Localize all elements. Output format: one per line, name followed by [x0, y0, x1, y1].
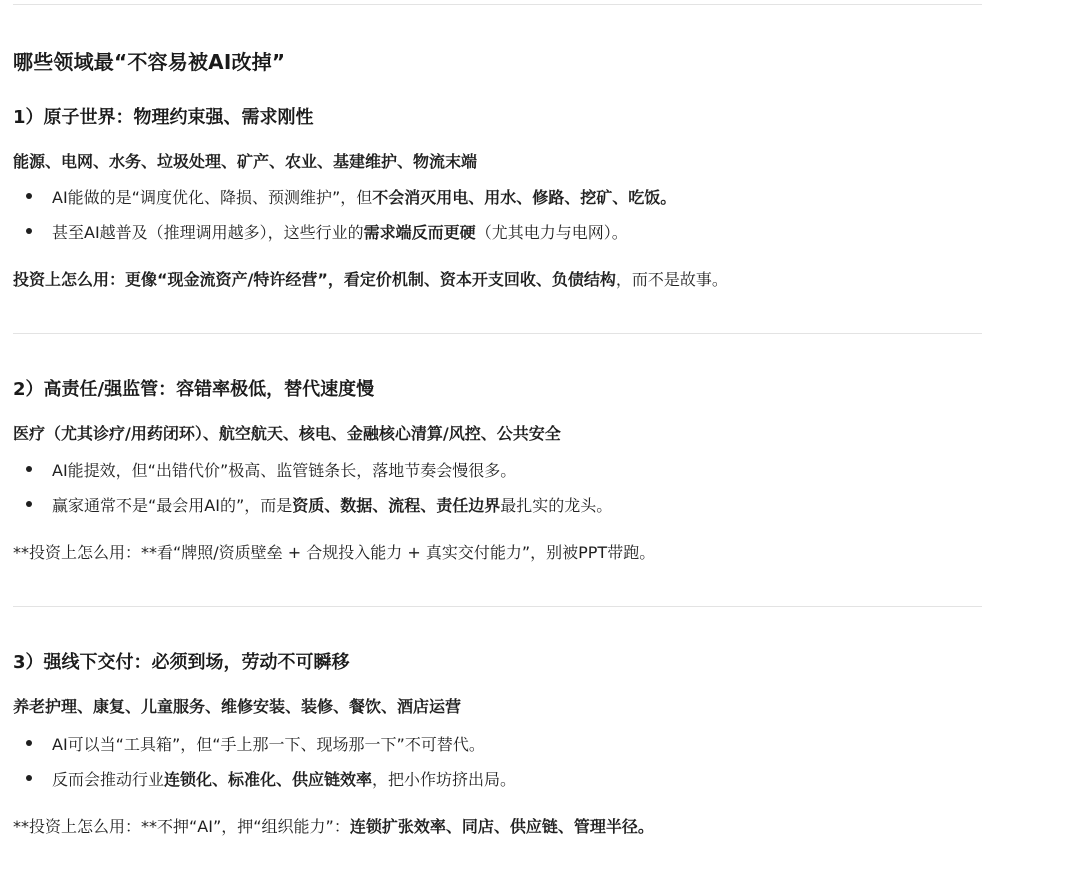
bullet-icon	[26, 501, 32, 507]
section-3-sectors: 养老护理、康复、儿童服务、维修安装、装修、餐饮、酒店运营	[13, 694, 461, 717]
bullet-icon	[26, 466, 32, 472]
page-title: 哪些领域最“不容易被AI改掉”	[13, 46, 285, 75]
section-3-heading: 3）强线下交付：必须到场，劳动不可瞬移	[13, 648, 350, 674]
divider	[13, 606, 982, 607]
divider	[13, 4, 982, 5]
bullet-icon	[26, 775, 32, 781]
section-3-investment-note: **投资上怎么用：**不押“AI”，押“组织能力”：连锁扩张效率、同店、供应链、…	[13, 814, 654, 837]
bullet-icon	[26, 193, 32, 199]
section-1-investment-note: 投资上怎么用：更像“现金流资产/特许经营”，看定价机制、资本开支回收、负债结构，…	[13, 267, 728, 290]
divider	[13, 333, 982, 334]
section-2-sectors: 医疗（尤其诊疗/用药闭环）、航空航天、核电、金融核心清算/风控、公共安全	[13, 421, 561, 444]
section-2-heading: 2）高责任/强监管：容错率极低，替代速度慢	[13, 375, 374, 401]
section-2-investment-note: **投资上怎么用：**看“牌照/资质壁垒 + 合规投入能力 + 真实交付能力”，…	[13, 540, 655, 563]
bullet-icon	[26, 228, 32, 234]
bullet-icon	[26, 740, 32, 746]
section-1-sectors: 能源、电网、水务、垃圾处理、矿产、农业、基建维护、物流末端	[13, 149, 477, 172]
section-1-heading: 1）原子世界：物理约束强、需求刚性	[13, 103, 314, 129]
